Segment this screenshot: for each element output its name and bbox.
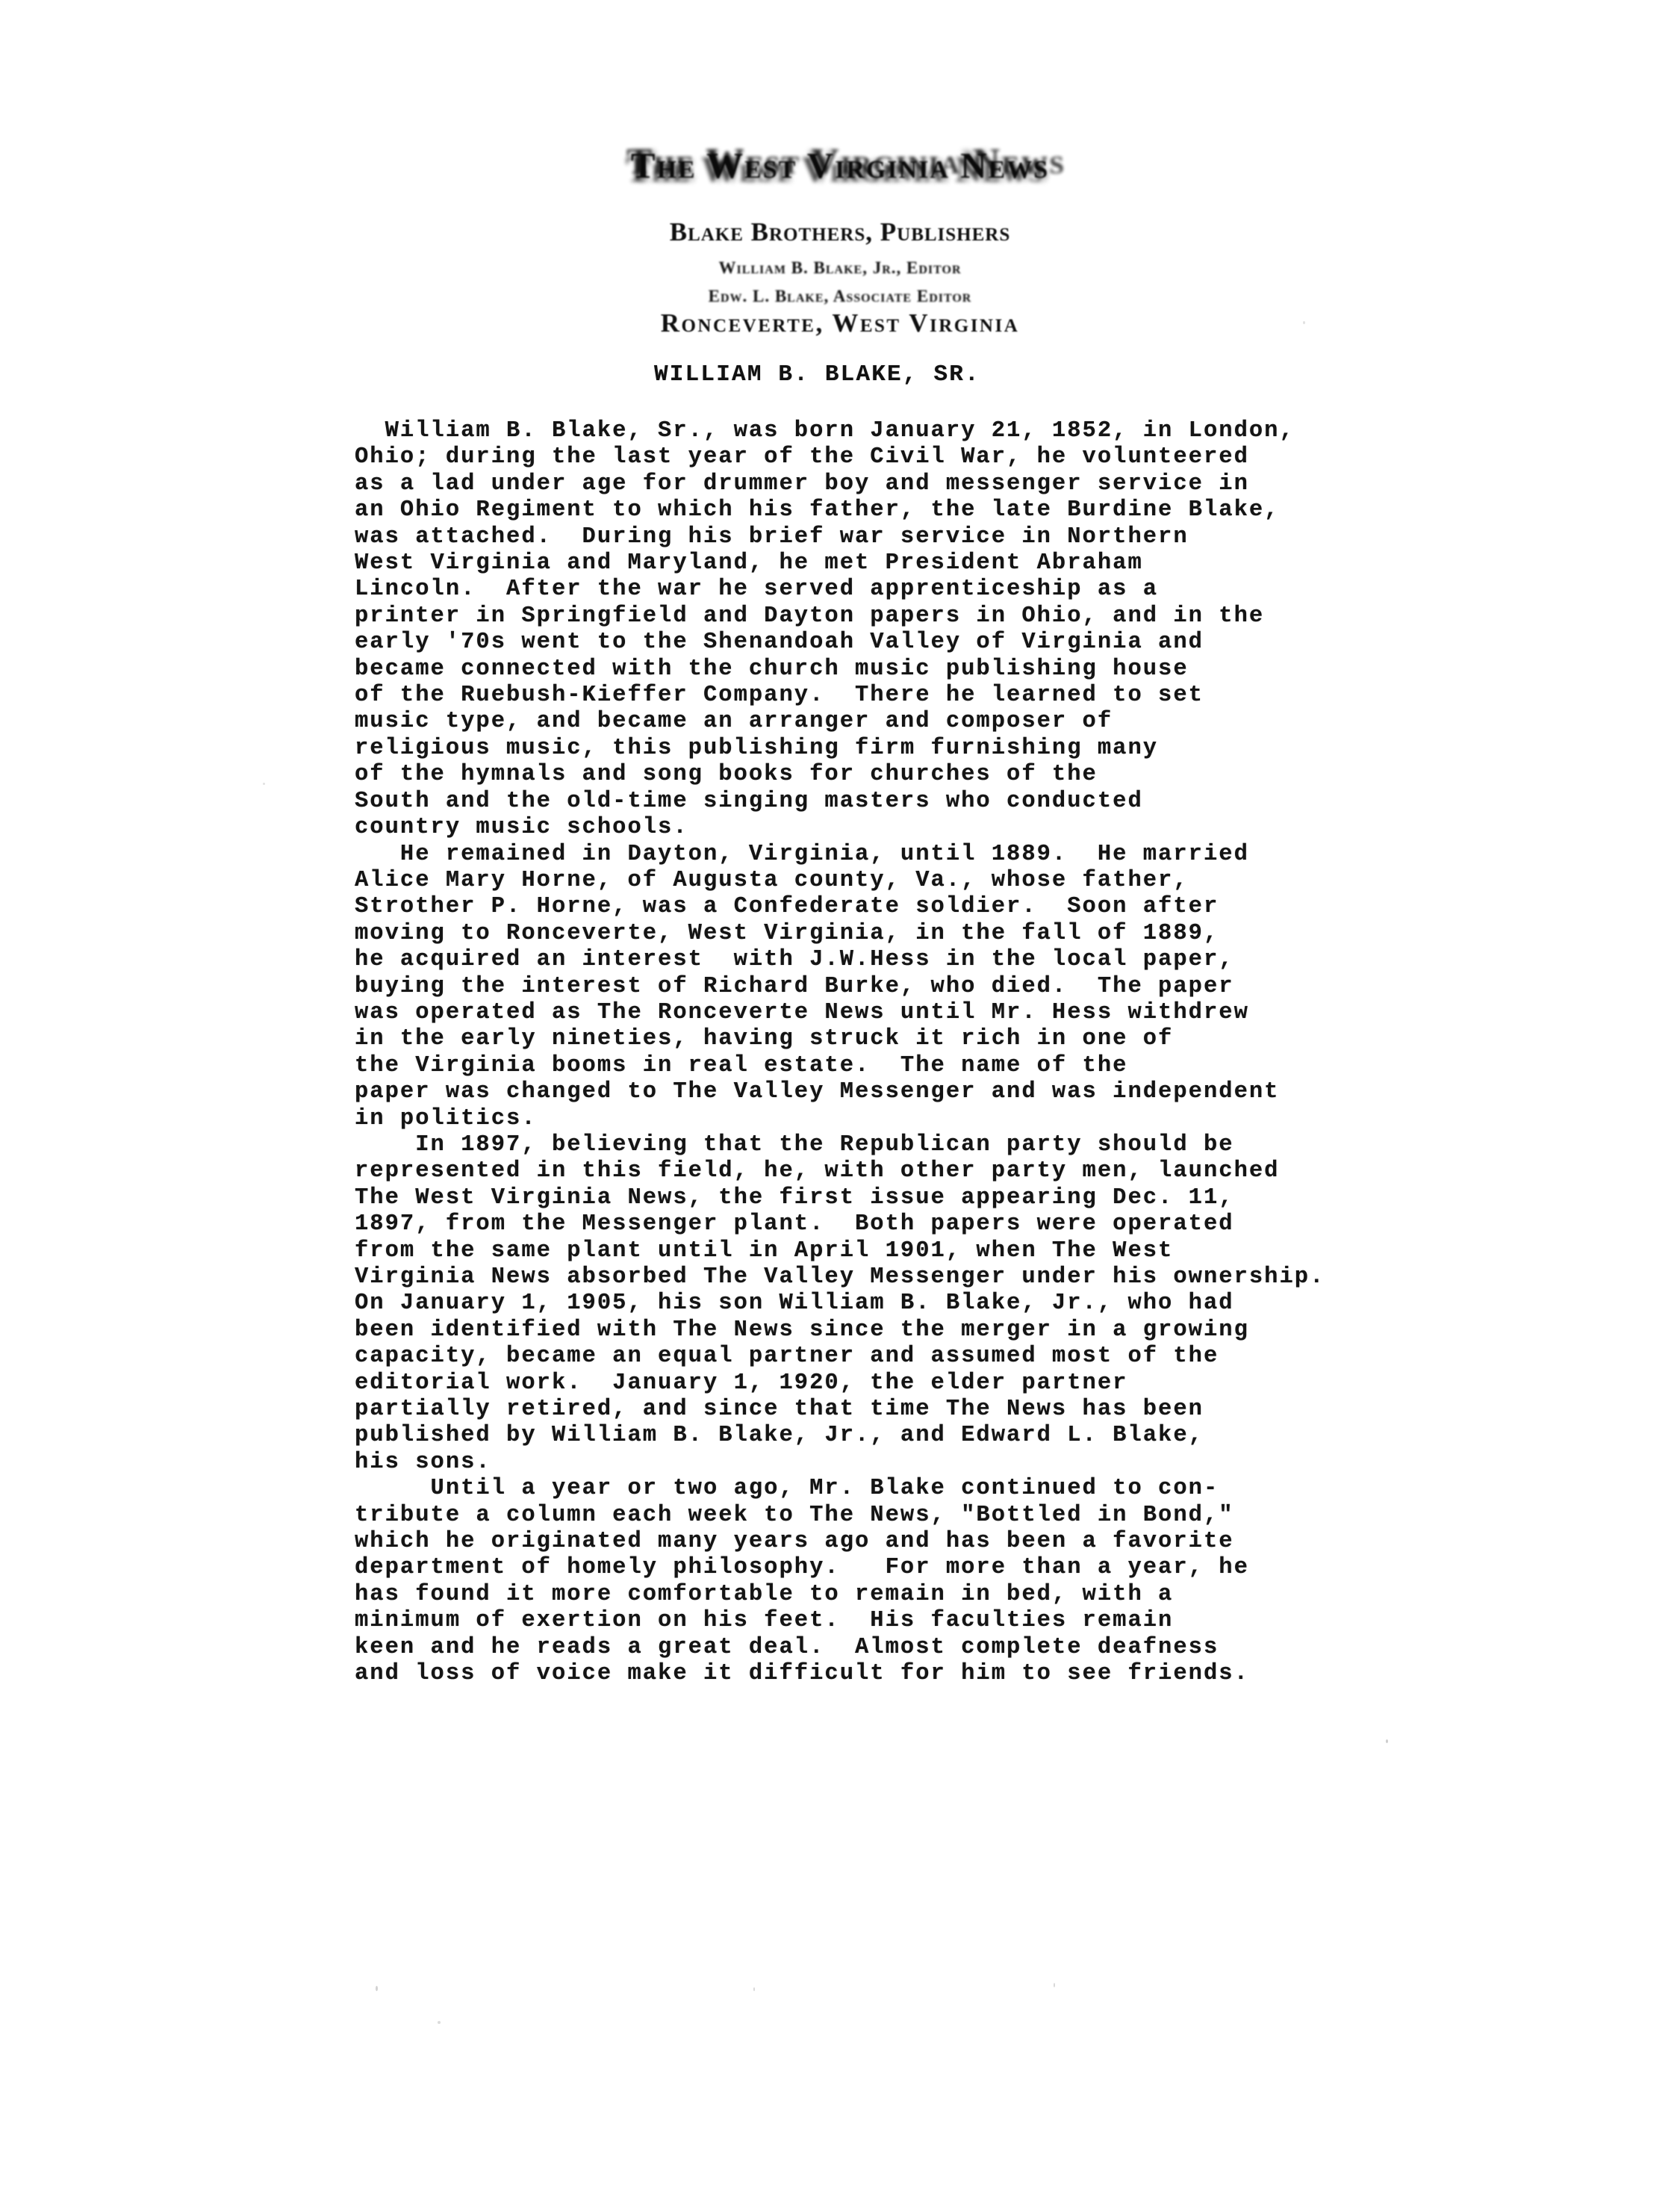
scan-speck bbox=[753, 1987, 755, 1991]
scan-speck bbox=[1386, 1739, 1388, 1743]
masthead-text: The West Virginia News bbox=[0, 144, 1680, 187]
scan-speck bbox=[1303, 321, 1305, 324]
paragraph-later-years: Until a year or two ago, Mr. Blake conti… bbox=[355, 1476, 1325, 1687]
editor-line: William B. Blake, Jr., Editor bbox=[0, 258, 1680, 278]
document-title: WILLIAM B. BLAKE, SR. bbox=[654, 361, 980, 388]
scanned-letter-page: The West Virginia News The West Virginia… bbox=[0, 0, 1680, 2192]
scan-speck bbox=[438, 2021, 441, 2024]
paragraph-early-life: William B. Blake, Sr., was born January … bbox=[355, 418, 1325, 842]
scan-speck bbox=[376, 1986, 378, 1991]
publisher-line: Blake Brothers, Publishers bbox=[0, 217, 1680, 247]
location-line: Ronceverte, West Virginia bbox=[0, 308, 1680, 338]
scan-speck bbox=[263, 783, 265, 785]
letter-body: William B. Blake, Sr., was born January … bbox=[355, 418, 1325, 1688]
masthead-newspaper-name: The West Virginia News The West Virginia… bbox=[0, 144, 1680, 207]
scan-speck bbox=[1054, 1983, 1055, 1987]
paragraph-founding-news: In 1897, believing that the Republican p… bbox=[355, 1132, 1325, 1476]
associate-editor-line: Edw. L. Blake, Associate Editor bbox=[0, 287, 1680, 306]
paragraph-marriage-ronceverte: He remained in Dayton, Virginia, until 1… bbox=[355, 842, 1325, 1132]
